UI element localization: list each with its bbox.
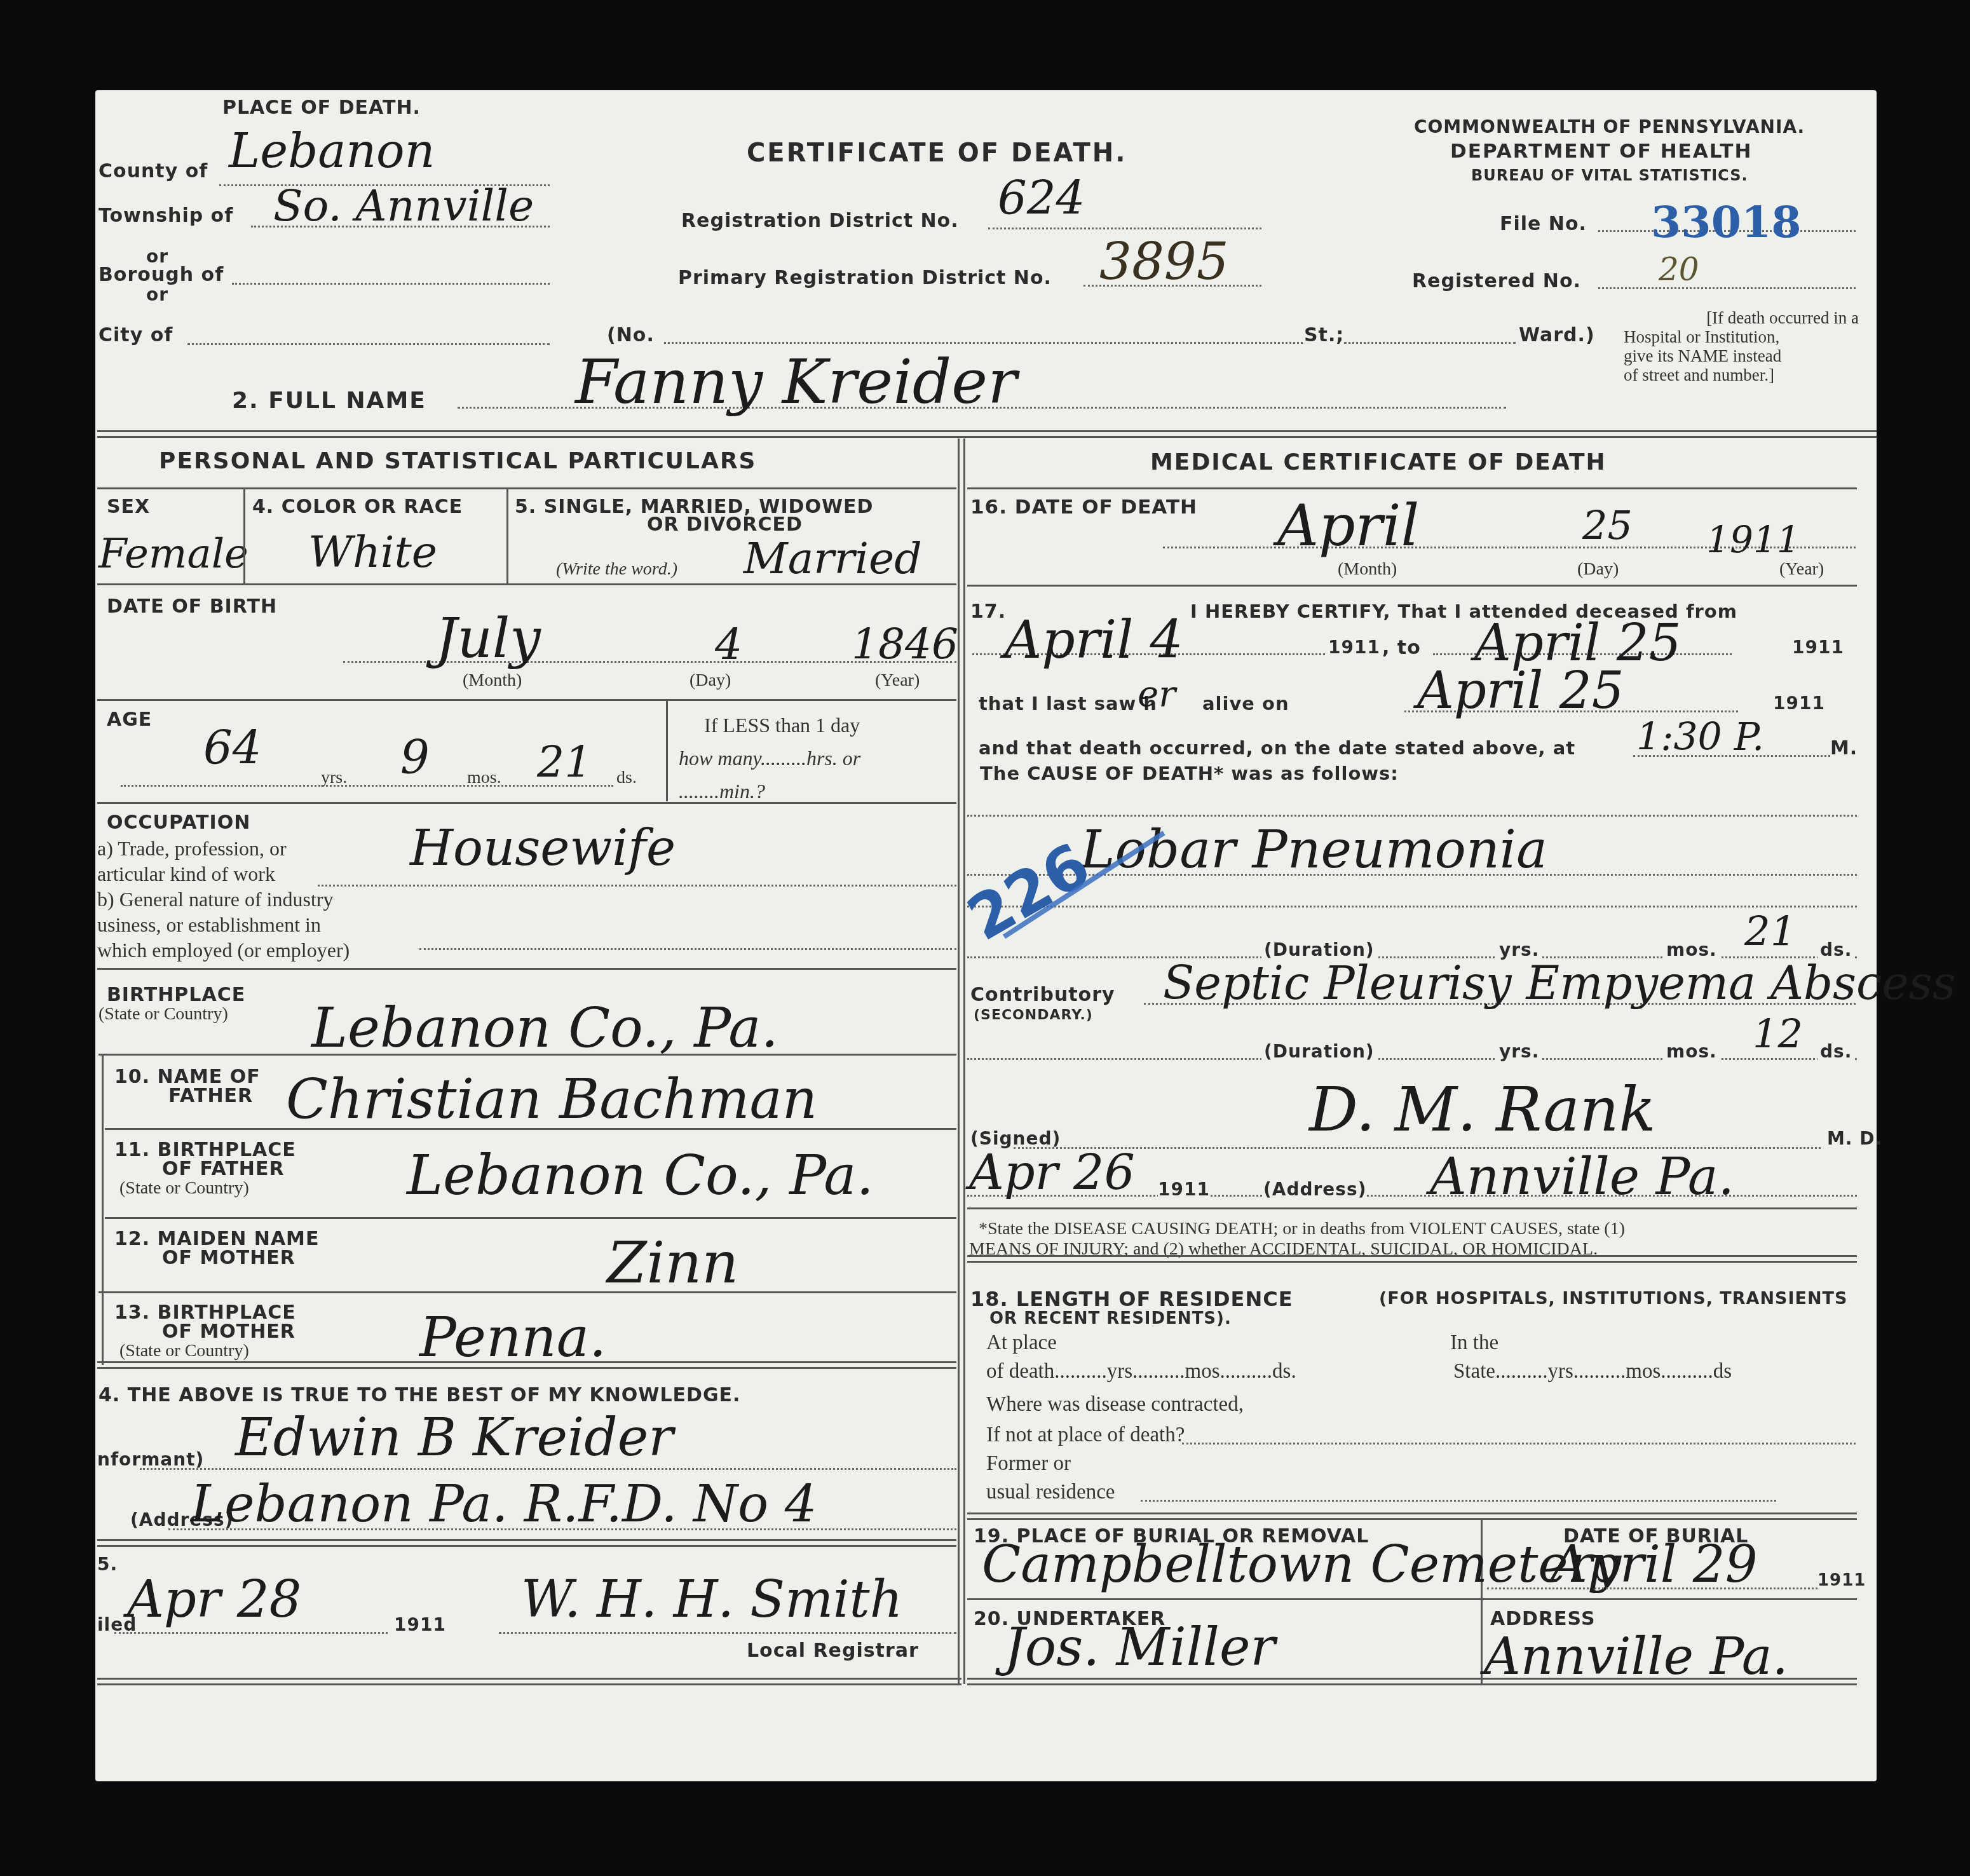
rule [967, 1678, 1857, 1685]
attended-from[interactable]: April 4 [1004, 610, 1183, 670]
bureau-line: BUREAU OF VITAL STATISTICS. [1471, 167, 1748, 184]
at-place-fields[interactable]: of death..........yrs..........mos......… [986, 1360, 1296, 1383]
undertaker-name[interactable]: Jos. Miller [1004, 1617, 1275, 1678]
item-number: 5. [97, 1554, 118, 1575]
former-residence-line[interactable] [1141, 1500, 1776, 1502]
birthplace-sub: (State or Country) [98, 1004, 228, 1024]
cause-line-3 [967, 906, 1857, 907]
year-caption: (Year) [875, 670, 920, 691]
township-value[interactable]: So. Annville [273, 181, 534, 231]
cause-line-1 [967, 815, 1857, 817]
registrar-line [499, 1632, 956, 1634]
mother-birthplace-sub: (State or Country) [119, 1341, 249, 1361]
in-state-fields[interactable]: State..........yrs..........mos.........… [1453, 1360, 1732, 1383]
death-time[interactable]: 1:30 P. [1636, 715, 1764, 759]
to-label: , to [1382, 637, 1421, 659]
ds-caption: ds. [1817, 1041, 1854, 1062]
rule [98, 1054, 956, 1056]
personal-heading: PERSONAL AND STATISTICAL PARTICULARS [159, 448, 757, 474]
race-value[interactable]: White [308, 527, 437, 578]
dod-month[interactable]: April [1277, 493, 1419, 559]
father-value[interactable]: Christian Bachman [286, 1068, 817, 1131]
rule [97, 968, 956, 970]
birthplace-label: BIRTHPLACE [107, 984, 245, 1006]
cause-of-death[interactable]: Lobar Pneumonia [1080, 820, 1547, 880]
month-caption: (Month) [463, 670, 522, 691]
registered-no-label: Registered No. [1412, 270, 1581, 292]
death-time-label: and that death occurred, on the date sta… [979, 737, 1575, 759]
marital-label-2: OR DIVORCED [647, 513, 803, 536]
street-no-label: (No. [607, 324, 655, 346]
department-line: DEPARTMENT OF HEALTH [1450, 140, 1752, 163]
registrar-signature[interactable]: W. H. H. Smith [521, 1570, 902, 1629]
dod-day[interactable]: 25 [1582, 502, 1633, 548]
rule [967, 487, 1857, 489]
rule [967, 1598, 1857, 1600]
contributory-label: Contributory [970, 984, 1115, 1006]
occupation-instructions: a) Trade, profession, or articular kind … [97, 836, 350, 963]
rule [97, 1678, 961, 1685]
contracted-label-2: If not at place of death? [986, 1424, 1185, 1447]
former-residence-label: Former or [986, 1452, 1071, 1476]
sex-label: SEX [107, 496, 150, 518]
footnote-line-1: *State the DISEASE CAUSING DEATH; or in … [979, 1219, 1625, 1239]
duration-line-2 [967, 1058, 1857, 1060]
col-divider [243, 488, 245, 583]
rule [97, 487, 956, 489]
father-birthplace-sub: (State or Country) [119, 1178, 249, 1199]
occupation-line-a [318, 885, 956, 887]
signed-date[interactable]: Apr 26 [969, 1144, 1135, 1200]
race-label: 4. COLOR OR RACE [252, 496, 463, 518]
cause-label: The CAUSE OF DEATH* was as follows: [980, 763, 1399, 784]
sex-value[interactable]: Female [98, 531, 248, 578]
m-label: M. [1830, 737, 1858, 759]
signed-year: 1911 [1158, 1179, 1210, 1200]
commonwealth-line: COMMONWEALTH OF PENNSYLVANIA. [1414, 116, 1805, 137]
age-label: AGE [107, 709, 152, 731]
item-number: 17. [970, 601, 1006, 623]
to-year: 1911 [1792, 637, 1844, 658]
rule [97, 583, 956, 585]
physician-signature[interactable]: D. M. Rank [1309, 1074, 1656, 1145]
rule [97, 1539, 956, 1547]
age-line [121, 785, 613, 787]
street-label: St.; [1304, 324, 1344, 346]
cause-duration-days[interactable]: 21 [1744, 909, 1796, 956]
township-line [251, 226, 550, 228]
contributory-cause[interactable]: Septic Pleurisy Empyema Abscess [1163, 956, 1956, 1010]
registered-no-value[interactable]: 20 [1659, 251, 1699, 288]
borough-line[interactable] [232, 283, 550, 285]
primary-reg-district-value[interactable]: 3895 [1099, 232, 1229, 291]
col-divider [666, 700, 668, 801]
ward-label: Ward.) [1519, 324, 1595, 346]
informant-value[interactable]: Edwin B Kreider [235, 1408, 673, 1468]
age-days[interactable]: 21 [537, 737, 592, 787]
filed-year: 1911 [394, 1614, 446, 1635]
registrar-label: Local Registrar [747, 1640, 919, 1662]
dod-year[interactable]: 1911 [1706, 518, 1800, 561]
day-caption: (Day) [1577, 559, 1619, 580]
rule [967, 1512, 1857, 1520]
hospital-note: [If death occurred in a Hospital or Inst… [1624, 308, 1859, 384]
physician-address-label: (Address) [1263, 1179, 1366, 1200]
rule [97, 1361, 956, 1369]
at-place-label: At place [986, 1331, 1057, 1355]
month-caption: (Month) [1338, 559, 1397, 580]
mother-label-2: OF MOTHER [162, 1247, 295, 1269]
residence-note: (FOR HOSPITALS, INSTITUTIONS, TRANSIENTS [1379, 1289, 1847, 1308]
last-saw-pronoun[interactable]: er [1138, 674, 1176, 715]
center-divider [958, 438, 965, 1684]
marital-value[interactable]: Married [744, 534, 922, 584]
dob-day[interactable]: 4 [715, 620, 742, 670]
place-of-death-heading: PLACE OF DEATH. [222, 97, 421, 119]
inner-border [102, 1054, 104, 1365]
mos-caption: mos. [1664, 1041, 1720, 1062]
alive-on-label: alive on [1202, 693, 1289, 714]
informant-label: nformant) [97, 1449, 204, 1470]
filed-line [114, 1632, 388, 1634]
city-label: City of [98, 324, 173, 346]
reg-district-value[interactable]: 624 [998, 172, 1085, 225]
full-name-label: 2. FULL NAME [232, 388, 426, 414]
dob-label: DATE OF BIRTH [107, 595, 277, 618]
rule [97, 699, 956, 701]
age-months[interactable]: 9 [400, 731, 430, 784]
certificate-title: CERTIFICATE OF DEATH. [747, 139, 1127, 168]
burial-place[interactable]: Campbelltown Cemetery [982, 1535, 1621, 1594]
ds-caption: ds. [616, 768, 637, 788]
informant-address[interactable]: Lebanon Pa. R.F.D. No 4 [191, 1474, 817, 1533]
informant-line [140, 1468, 956, 1470]
last-saw-label: that I last saw h [979, 693, 1157, 714]
burial-date[interactable]: April 29 [1551, 1535, 1758, 1594]
city-line[interactable] [187, 343, 550, 345]
filed-date[interactable]: Apr 28 [127, 1570, 301, 1629]
less-than-day-note: If LESS than 1 day how many.........hrs.… [679, 709, 860, 808]
dob-year[interactable]: 1846 [852, 620, 958, 669]
county-value[interactable]: Lebanon [229, 124, 435, 179]
reg-district-label: Registration District No. [681, 210, 959, 232]
rule [105, 1217, 956, 1219]
father-label-2: FATHER [168, 1085, 253, 1107]
rule [105, 1128, 956, 1130]
physician-address[interactable]: Annville Pa. [1430, 1147, 1734, 1206]
marital-hint: (Write the word.) [556, 559, 677, 580]
yrs-caption: yrs. [1497, 1041, 1542, 1062]
duration-label: (Duration) [1261, 1041, 1377, 1062]
md-label: M. D. [1827, 1128, 1882, 1149]
ward-line[interactable] [1344, 342, 1516, 344]
from-year: 1911 [1328, 637, 1380, 658]
primary-reg-district-label: Primary Registration District No. [678, 267, 1052, 289]
rule [967, 1255, 1857, 1263]
mother-birthplace-label-2: OF MOTHER [162, 1321, 295, 1343]
dod-label: 16. DATE OF DEATH [970, 496, 1197, 519]
in-state-label: In the [1450, 1331, 1498, 1355]
secondary-label: (SECONDARY.) [974, 1007, 1093, 1023]
file-no-label: File No. [1500, 213, 1587, 235]
rule [98, 1291, 956, 1293]
contracted-line[interactable] [1182, 1443, 1856, 1444]
last-saw-date[interactable]: April 25 [1417, 661, 1624, 720]
day-caption: (Day) [689, 670, 731, 691]
dob-month[interactable]: July [435, 607, 541, 670]
section-rule [97, 430, 1877, 438]
reg-district-line [988, 228, 1261, 229]
mother-birthplace-value[interactable]: Penna. [419, 1306, 606, 1370]
residence-note-2: OR RECENT RESIDENTS). [989, 1309, 1232, 1328]
medical-heading: MEDICAL CERTIFICATE OF DEATH [1150, 449, 1607, 475]
borough-label: Borough of [98, 264, 224, 286]
informant-heading: 4. THE ABOVE IS TRUE TO THE BEST OF MY K… [98, 1384, 740, 1406]
rule [967, 1207, 1857, 1209]
last-saw-year: 1911 [1773, 693, 1825, 714]
col-divider [506, 488, 508, 583]
father-birthplace-label-2: OF FATHER [162, 1158, 285, 1180]
rule [967, 585, 1857, 587]
full-name-value[interactable]: Fanny Kreider [575, 346, 1017, 418]
father-birthplace-value[interactable]: Lebanon Co., Pa. [407, 1144, 874, 1207]
or-text: or [146, 284, 168, 305]
mother-value[interactable]: Zinn [607, 1230, 738, 1296]
contracted-label: Where was disease contracted, [986, 1393, 1244, 1417]
rule [97, 802, 956, 804]
occupation-label: OCCUPATION [107, 812, 250, 834]
burial-year: 1911 [1817, 1571, 1866, 1590]
age-years[interactable]: 64 [203, 721, 262, 775]
street-line[interactable] [664, 342, 1303, 344]
county-label: County of [98, 160, 208, 182]
former-residence-label-2: usual residence [986, 1481, 1115, 1504]
residence-label: 18. LENGTH OF RESIDENCE [970, 1287, 1293, 1311]
birthplace-value[interactable]: Lebanon Co., Pa. [311, 996, 778, 1060]
occupation-value[interactable]: Housewife [410, 820, 676, 877]
registered-no-line [1598, 287, 1856, 289]
year-caption: (Year) [1779, 559, 1824, 580]
township-label: Township of [98, 205, 233, 227]
contributory-duration-days[interactable]: 12 [1753, 1010, 1803, 1057]
file-no-stamp[interactable]: 33018 [1651, 197, 1802, 248]
occupation-line-b [419, 948, 956, 950]
